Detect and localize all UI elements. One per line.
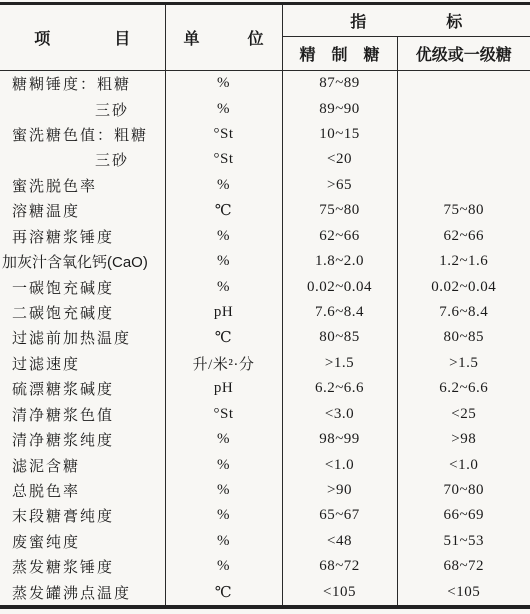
table-row: 过滤前加热温度℃80~8580~85 — [0, 325, 530, 350]
table-row: 废蜜纯度%<4851~53 — [0, 529, 530, 554]
grade-value-cell: 7.6~8.4 — [397, 300, 530, 325]
table-row: 再溶糖浆锤度%62~6662~66 — [0, 224, 530, 249]
grade-value-cell: <105 — [397, 579, 530, 607]
refined-value-cell: <20 — [282, 147, 397, 172]
grade-value-cell — [397, 71, 530, 97]
table-row: 二碳饱充碱度pH7.6~8.47.6~8.4 — [0, 300, 530, 325]
grade-value-cell: >1.5 — [397, 351, 530, 376]
item-cell: 糖糊锤度：粗糖 — [0, 71, 165, 97]
table-row: 溶糖温度℃75~8075~80 — [0, 198, 530, 223]
table-row: 蒸发罐沸点温度℃<105<105 — [0, 579, 530, 607]
item-cell: 清净糖浆纯度 — [0, 427, 165, 452]
grade-value-cell — [397, 96, 530, 121]
item-cell: 溶糖温度 — [0, 198, 165, 223]
refined-value-cell: 87~89 — [282, 71, 397, 97]
unit-cell: pH — [165, 300, 282, 325]
refined-value-cell: <105 — [282, 579, 397, 607]
unit-cell: pH — [165, 376, 282, 401]
refined-value-cell: <1.0 — [282, 452, 397, 477]
refined-value-cell: 89~90 — [282, 96, 397, 121]
unit-cell: % — [165, 274, 282, 299]
refined-value-cell: 1.8~2.0 — [282, 249, 397, 274]
grade-value-cell: 68~72 — [397, 554, 530, 579]
refined-value-cell: 6.2~6.6 — [282, 376, 397, 401]
table-row: 糖糊锤度：粗糖%87~89 — [0, 71, 530, 97]
item-cell: 末段糖膏纯度 — [0, 503, 165, 528]
refined-value-cell: <3.0 — [282, 401, 397, 426]
refined-value-cell: >90 — [282, 478, 397, 503]
header-index-group: 指 标 — [282, 4, 530, 37]
item-cell: 滤泥含糖 — [0, 452, 165, 477]
item-cell: 硫漂糖浆碱度 — [0, 376, 165, 401]
refined-value-cell: >65 — [282, 173, 397, 198]
item-cell: 总脱色率 — [0, 478, 165, 503]
item-cell: 蒸发糖浆锤度 — [0, 554, 165, 579]
grade-value-cell — [397, 122, 530, 147]
spec-table: 项 目 单 位 指 标 精 制 糖 优级或一级糖 糖糊锤度：粗糖%87~89三砂… — [0, 2, 530, 609]
refined-value-cell: <48 — [282, 529, 397, 554]
item-cell: 再溶糖浆锤度 — [0, 224, 165, 249]
item-cell: 一碳饱充碱度 — [0, 274, 165, 299]
unit-cell: % — [165, 478, 282, 503]
table-row: 三砂°St<20 — [0, 147, 530, 172]
item-cell: 蒸发罐沸点温度 — [0, 579, 165, 607]
unit-cell: °St — [165, 147, 282, 172]
table-row: 过滤速度升/米²·分>1.5>1.5 — [0, 351, 530, 376]
refined-value-cell: 10~15 — [282, 122, 397, 147]
table-row: 加灰汁含氧化钙(CaO)%1.8~2.01.2~1.6 — [0, 249, 530, 274]
refined-value-cell: 80~85 — [282, 325, 397, 350]
unit-cell: °St — [165, 122, 282, 147]
unit-cell: ℃ — [165, 198, 282, 223]
item-cell: 三砂 — [0, 96, 165, 121]
header-item-column: 项 目 — [0, 4, 165, 71]
table-row: 清净糖浆色值°St<3.0<25 — [0, 401, 530, 426]
unit-cell: % — [165, 224, 282, 249]
table-row: 末段糖膏纯度%65~6766~69 — [0, 503, 530, 528]
table-row: 蜜洗糖色值：粗糖°St10~15 — [0, 122, 530, 147]
unit-cell: ℃ — [165, 579, 282, 607]
header-premium-grade-column: 优级或一级糖 — [397, 37, 530, 71]
refined-value-cell: 98~99 — [282, 427, 397, 452]
grade-value-cell: 0.02~0.04 — [397, 274, 530, 299]
unit-cell: % — [165, 452, 282, 477]
grade-value-cell: 51~53 — [397, 529, 530, 554]
grade-value-cell: 70~80 — [397, 478, 530, 503]
item-cell: 三砂 — [0, 147, 165, 172]
item-cell: 加灰汁含氧化钙(CaO) — [0, 249, 165, 274]
refined-value-cell: 65~67 — [282, 503, 397, 528]
grade-value-cell: 62~66 — [397, 224, 530, 249]
unit-cell: % — [165, 96, 282, 121]
refined-value-cell: 62~66 — [282, 224, 397, 249]
grade-value-cell: 1.2~1.6 — [397, 249, 530, 274]
refined-value-cell: >1.5 — [282, 351, 397, 376]
grade-value-cell: 6.2~6.6 — [397, 376, 530, 401]
unit-cell: % — [165, 71, 282, 97]
refined-value-cell: 75~80 — [282, 198, 397, 223]
header-unit-column: 单 位 — [165, 4, 282, 71]
item-cell: 蜜洗脱色率 — [0, 173, 165, 198]
refined-value-cell: 7.6~8.4 — [282, 300, 397, 325]
refined-value-cell: 68~72 — [282, 554, 397, 579]
grade-value-cell: <25 — [397, 401, 530, 426]
grade-value-cell: <1.0 — [397, 452, 530, 477]
grade-value-cell: >98 — [397, 427, 530, 452]
grade-value-cell — [397, 147, 530, 172]
table-row: 硫漂糖浆碱度pH6.2~6.66.2~6.6 — [0, 376, 530, 401]
item-cell: 蜜洗糖色值：粗糖 — [0, 122, 165, 147]
unit-cell: % — [165, 249, 282, 274]
unit-cell: % — [165, 529, 282, 554]
unit-cell: % — [165, 503, 282, 528]
unit-cell: ℃ — [165, 325, 282, 350]
grade-value-cell: 80~85 — [397, 325, 530, 350]
grade-value-cell — [397, 173, 530, 198]
table-row: 滤泥含糖%<1.0<1.0 — [0, 452, 530, 477]
unit-cell: % — [165, 427, 282, 452]
item-cell: 废蜜纯度 — [0, 529, 165, 554]
table-row: 蒸发糖浆锤度%68~7268~72 — [0, 554, 530, 579]
table-header: 项 目 单 位 指 标 精 制 糖 优级或一级糖 — [0, 4, 530, 71]
grade-value-cell: 75~80 — [397, 198, 530, 223]
unit-cell: °St — [165, 401, 282, 426]
table-row: 一碳饱充碱度%0.02~0.040.02~0.04 — [0, 274, 530, 299]
header-refined-sugar-column: 精 制 糖 — [282, 37, 397, 71]
unit-cell: 升/米²·分 — [165, 351, 282, 376]
table-row: 三砂%89~90 — [0, 96, 530, 121]
table-row: 清净糖浆纯度%98~99>98 — [0, 427, 530, 452]
unit-cell: % — [165, 554, 282, 579]
refined-value-cell: 0.02~0.04 — [282, 274, 397, 299]
item-cell: 清净糖浆色值 — [0, 401, 165, 426]
document-page: 项 目 单 位 指 标 精 制 糖 优级或一级糖 糖糊锤度：粗糖%87~89三砂… — [0, 0, 530, 614]
item-cell: 过滤速度 — [0, 351, 165, 376]
unit-cell: % — [165, 173, 282, 198]
table-row: 蜜洗脱色率%>65 — [0, 173, 530, 198]
item-cell: 二碳饱充碱度 — [0, 300, 165, 325]
table-body: 糖糊锤度：粗糖%87~89三砂%89~90蜜洗糖色值：粗糖°St10~15三砂°… — [0, 71, 530, 608]
item-cell: 过滤前加热温度 — [0, 325, 165, 350]
table-row: 总脱色率%>9070~80 — [0, 478, 530, 503]
grade-value-cell: 66~69 — [397, 503, 530, 528]
